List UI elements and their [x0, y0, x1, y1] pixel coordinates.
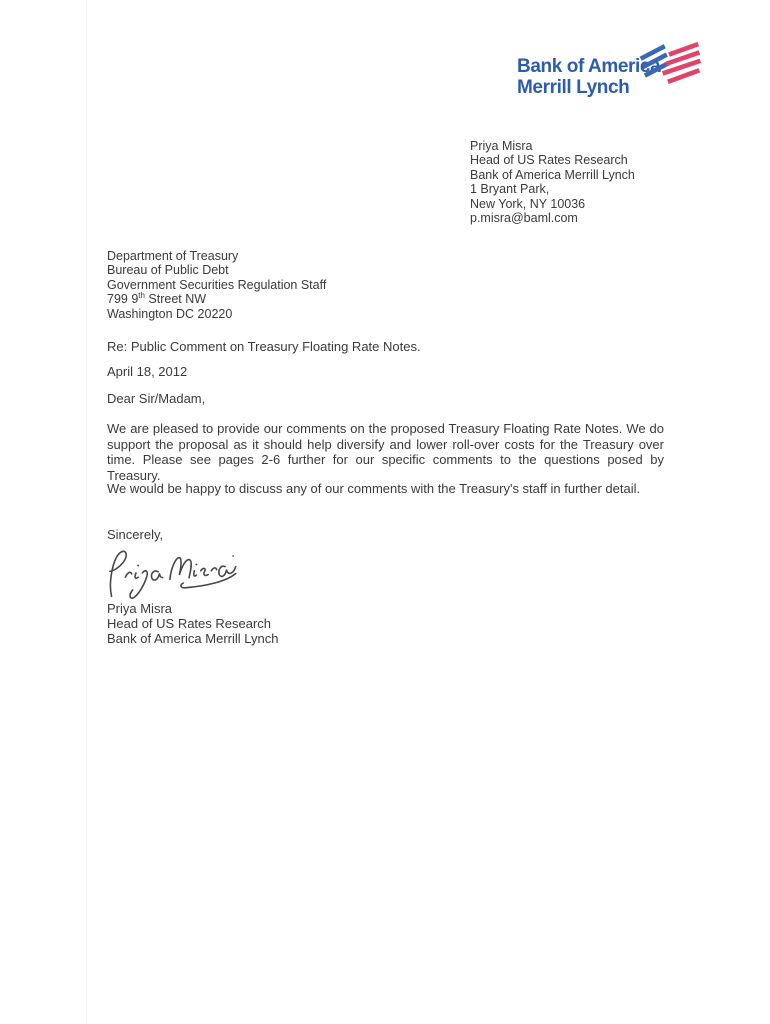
sender-name: Priya Misra: [470, 139, 635, 153]
signer-title: Head of US Rates Research: [107, 616, 278, 631]
recipient-address-block: Department of Treasury Bureau of Public …: [107, 249, 326, 321]
signature-block: Priya Misra Head of US Rates Research Ba…: [107, 601, 278, 647]
signer-company: Bank of America Merrill Lynch: [107, 631, 278, 646]
handwritten-signature: [102, 543, 240, 605]
date-line: April 18, 2012: [107, 364, 187, 379]
scan-artifact-line: [86, 0, 87, 1024]
sender-city: New York, NY 10036: [470, 197, 635, 211]
letter-page: Bank of America Merrill Lynch Priya Misr…: [0, 0, 770, 1024]
sender-address-block: Priya Misra Head of US Rates Research Ba…: [470, 139, 635, 225]
body-paragraph-2: We would be happy to discuss any of our …: [107, 481, 664, 497]
subject-line: Re: Public Comment on Treasury Floating …: [107, 339, 421, 354]
sender-title: Head of US Rates Research: [470, 153, 635, 167]
recipient-staff: Government Securities Regulation Staff: [107, 278, 326, 292]
street-name: Street NW: [145, 292, 206, 306]
street-ordinal-suffix: th: [138, 291, 145, 300]
signer-name: Priya Misra: [107, 601, 278, 616]
sender-company: Bank of America Merrill Lynch: [470, 168, 635, 182]
street-number: 799 9: [107, 292, 138, 306]
recipient-street: 799 9th Street NW: [107, 292, 326, 306]
body-paragraph-1: We are pleased to provide our comments o…: [107, 421, 664, 483]
recipient-bureau: Bureau of Public Debt: [107, 263, 326, 277]
sender-street: 1 Bryant Park,: [470, 182, 635, 196]
recipient-department: Department of Treasury: [107, 249, 326, 263]
sender-email: p.misra@baml.com: [470, 211, 635, 225]
bank-flagscape-icon: [637, 42, 703, 86]
recipient-city: Washington DC 20220: [107, 307, 326, 321]
valediction-line: Sincerely,: [107, 527, 163, 542]
salutation-line: Dear Sir/Madam,: [107, 391, 205, 406]
bank-logo: Bank of America Merrill Lynch: [517, 56, 660, 98]
